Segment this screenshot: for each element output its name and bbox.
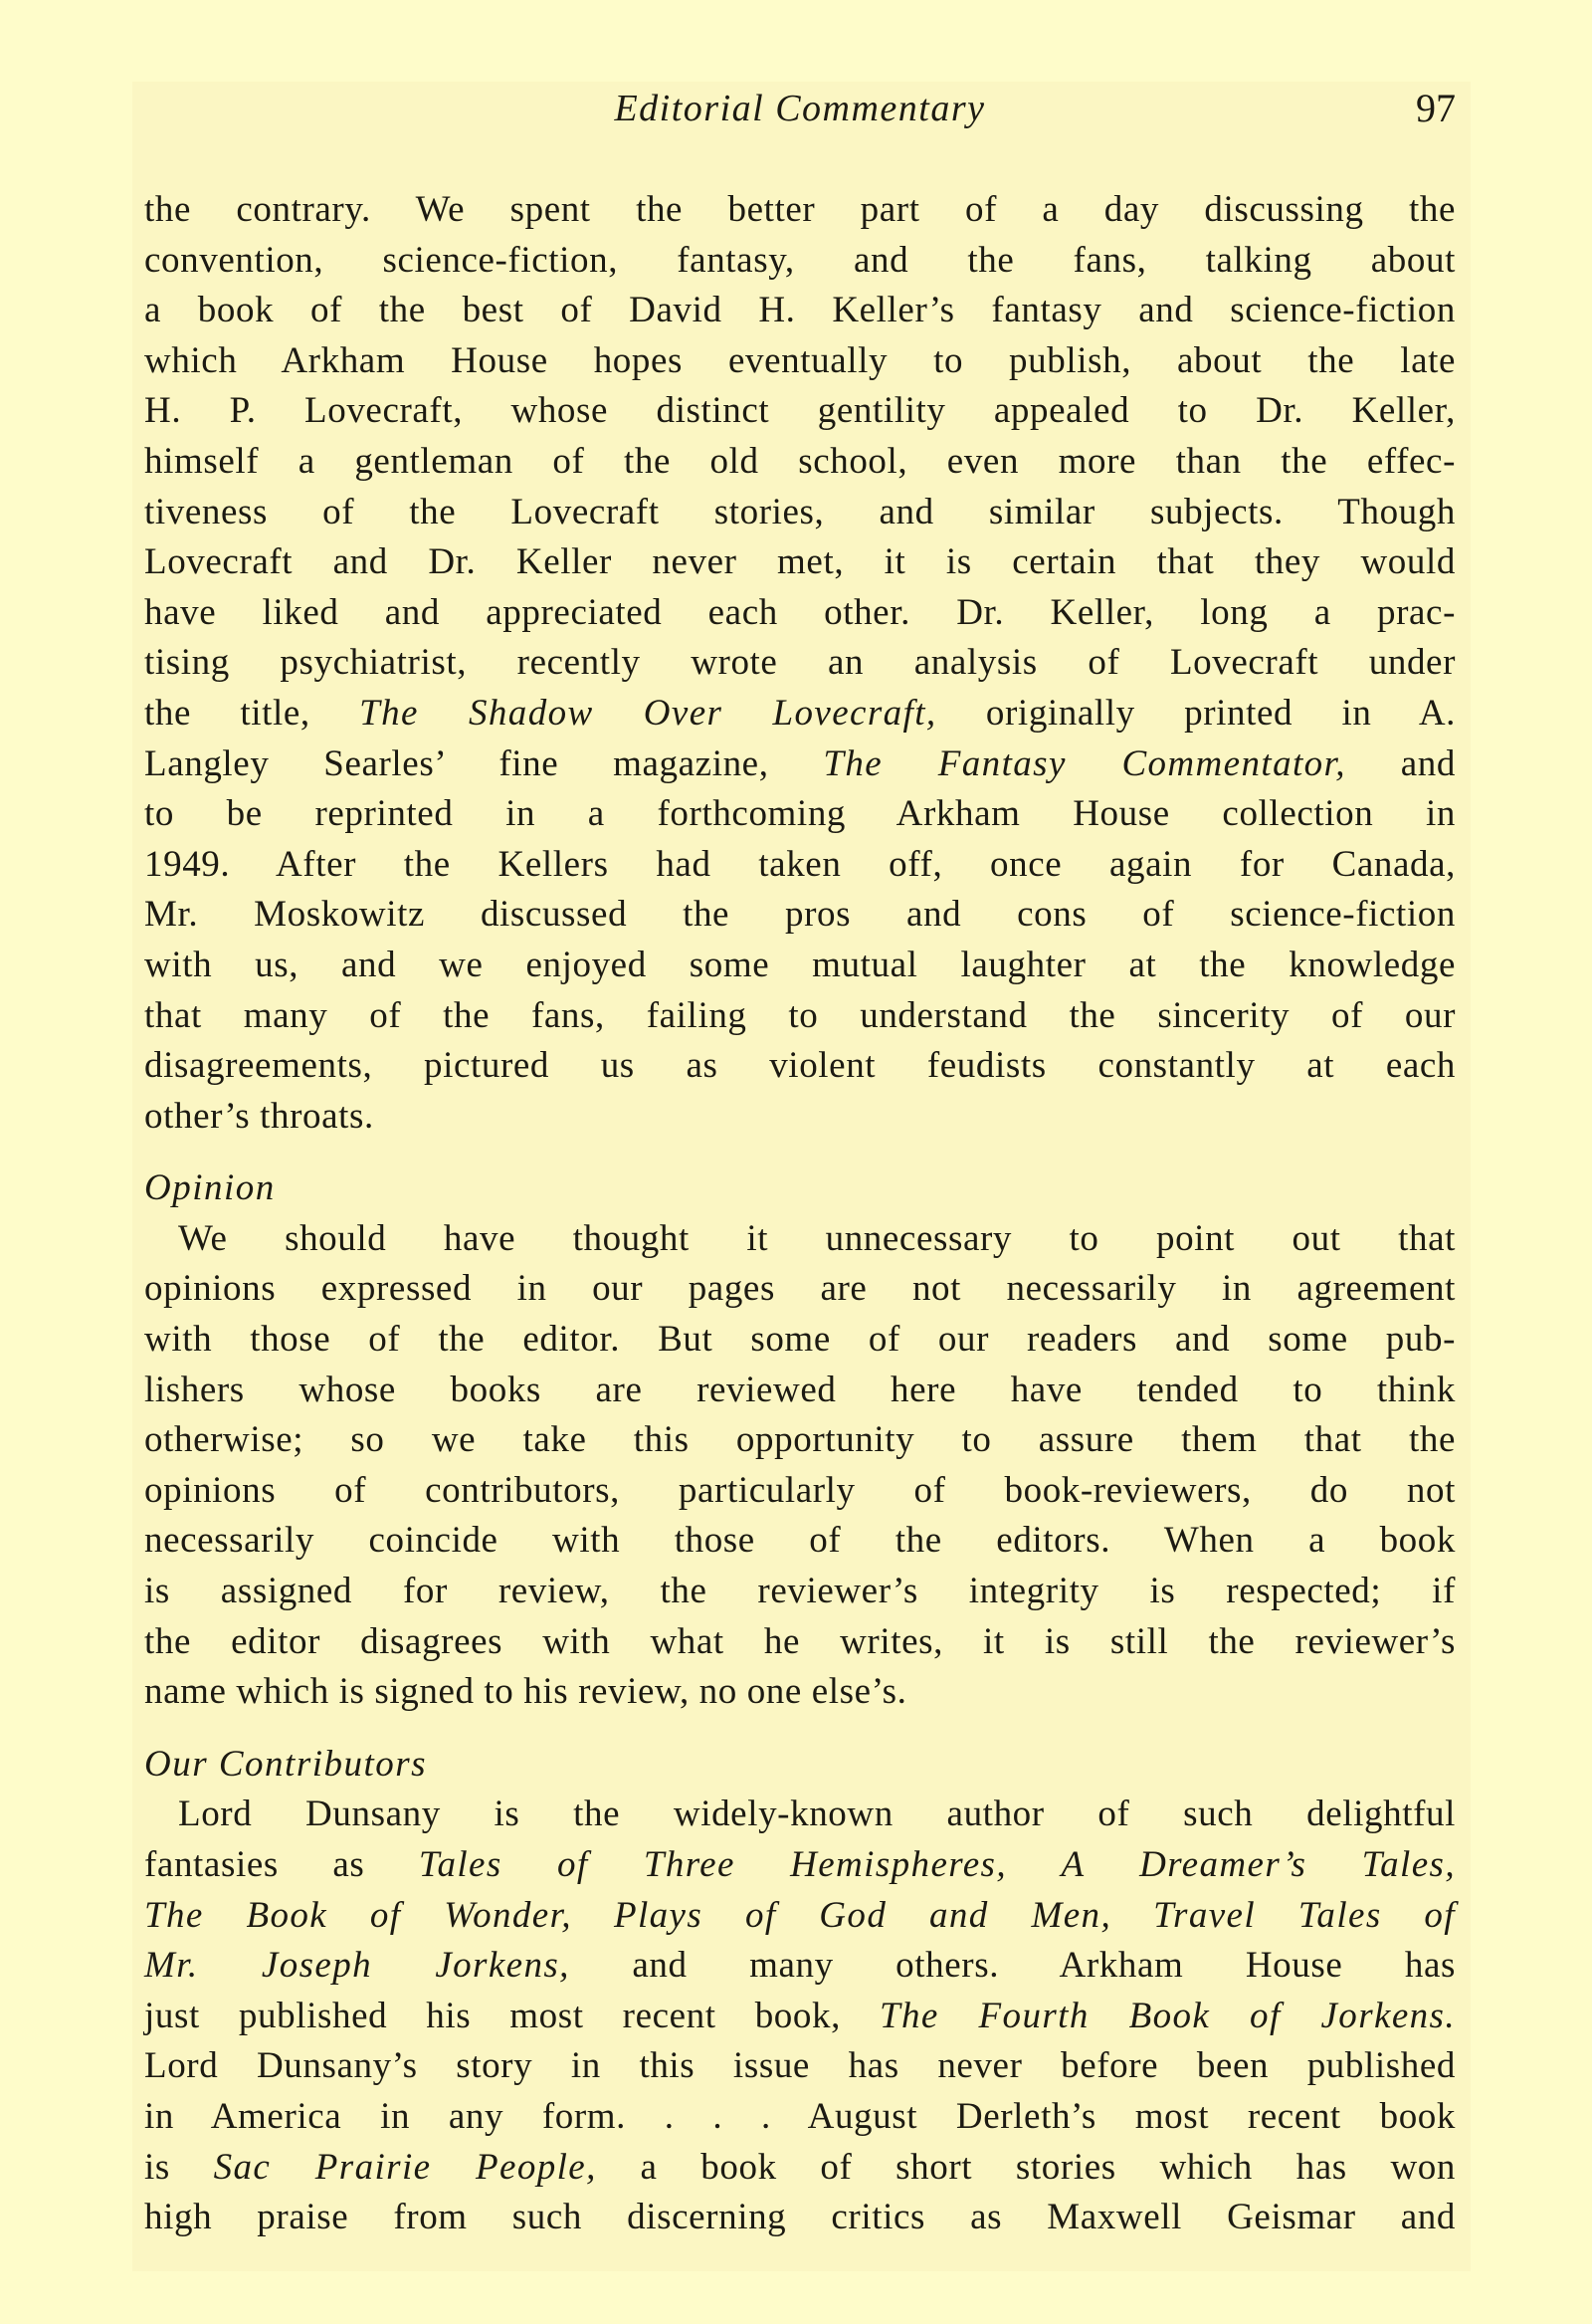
section-heading: Opinion: [144, 1163, 1456, 1214]
text-line: the title, The Shadow Over Lovecraft, or…: [144, 689, 1456, 739]
text-line: We should have thought it unnecessary to…: [144, 1214, 1456, 1265]
section-opinion: Opinion We should have thought it unnece…: [144, 1163, 1456, 1718]
running-title: Editorial Commentary: [144, 84, 1456, 133]
book-title: Tales of Three Hemispheres,: [419, 1844, 1007, 1885]
text-line: which Arkham House hopes eventually to p…: [144, 336, 1456, 387]
page-number: 97: [1416, 84, 1456, 133]
text-line: convention, science-fiction, fantasy, an…: [144, 236, 1456, 287]
book-title: Travel Tales of: [1153, 1895, 1456, 1936]
text-line: to be reprinted in a forthcoming Arkham …: [144, 789, 1456, 840]
section-heading: Our Contributors: [144, 1740, 1456, 1791]
text-line: tiveness of the Lovecraft stories, and s…: [144, 488, 1456, 538]
text-line: H. P. Lovecraft, whose distinct gentilit…: [144, 386, 1456, 437]
text-line: other’s throats.: [144, 1092, 1456, 1143]
text-line: have liked and appreciated each other. D…: [144, 588, 1456, 639]
book-title: The Fourth Book of Jorkens.: [880, 1996, 1456, 2036]
text-line: with those of the editor. But some of ou…: [144, 1315, 1456, 1366]
text-line: necessarily coincide with those of the e…: [144, 1516, 1456, 1567]
text-line: disagreements, pictured us as violent fe…: [144, 1041, 1456, 1092]
book-title: The Shadow Over Lovecraft,: [359, 693, 936, 734]
text-line: is Sac Prairie People, a book of short s…: [144, 2143, 1456, 2194]
text-line: name which is signed to his review, no o…: [144, 1667, 1456, 1718]
text-line: otherwise; so we take this opportunity t…: [144, 1415, 1456, 1466]
text-line: fantasies as Tales of Three Hemispheres,…: [144, 1840, 1456, 1891]
text-line: opinions of contributors, particularly o…: [144, 1466, 1456, 1517]
book-title: The Book of Wonder,: [144, 1895, 572, 1936]
body-text: the contrary. We spent the better part o…: [144, 185, 1456, 2243]
running-head: Editorial Commentary 97: [144, 84, 1456, 133]
text-line: opinions expressed in our pages are not …: [144, 1264, 1456, 1315]
magazine-title: The Fantasy Commentator,: [823, 743, 1345, 784]
book-title: Sac Prairie People,: [214, 2147, 597, 2188]
text-line: a book of the best of David H. Keller’s …: [144, 286, 1456, 336]
text-line: himself a gentleman of the old school, e…: [144, 437, 1456, 488]
book-title: Plays of God and Men,: [614, 1895, 1111, 1936]
text-line: in America in any form. . . . August Der…: [144, 2092, 1456, 2143]
text-line: Lovecraft and Dr. Keller never met, it i…: [144, 537, 1456, 588]
text-line: Lord Dunsany is the widely-known author …: [144, 1790, 1456, 1840]
text-line: the contrary. We spent the better part o…: [144, 185, 1456, 236]
text-line: just published his most recent book, The…: [144, 1992, 1456, 2042]
text-line: with us, and we enjoyed some mutual laug…: [144, 941, 1456, 991]
text-line: lishers whose books are reviewed here ha…: [144, 1366, 1456, 1416]
text-line: that many of the fans, failing to unders…: [144, 991, 1456, 1042]
continuation-paragraph: the contrary. We spent the better part o…: [144, 185, 1456, 1142]
text-line: Langley Searles’ fine magazine, The Fant…: [144, 739, 1456, 790]
section-our-contributors: Our Contributors Lord Dunsany is the wid…: [144, 1740, 1456, 2243]
text-line: The Book of Wonder, Plays of God and Men…: [144, 1891, 1456, 1942]
book-title: A Dreamer’s Tales,: [1062, 1844, 1457, 1885]
text-line: the editor disagrees with what he writes…: [144, 1617, 1456, 1668]
text-line: is assigned for review, the reviewer’s i…: [144, 1567, 1456, 1617]
text-line: Lord Dunsany’s story in this issue has n…: [144, 2041, 1456, 2092]
text-line: Mr. Moskowitz discussed the pros and con…: [144, 890, 1456, 941]
text-line: tising psychiatrist, recently wrote an a…: [144, 638, 1456, 689]
book-title: Mr. Joseph Jorkens,: [144, 1945, 570, 1986]
text-line: high praise from such discerning critics…: [144, 2193, 1456, 2243]
text-line: 1949. After the Kellers had taken off, o…: [144, 840, 1456, 891]
text-line: Mr. Joseph Jorkens, and many others. Ark…: [144, 1941, 1456, 1992]
